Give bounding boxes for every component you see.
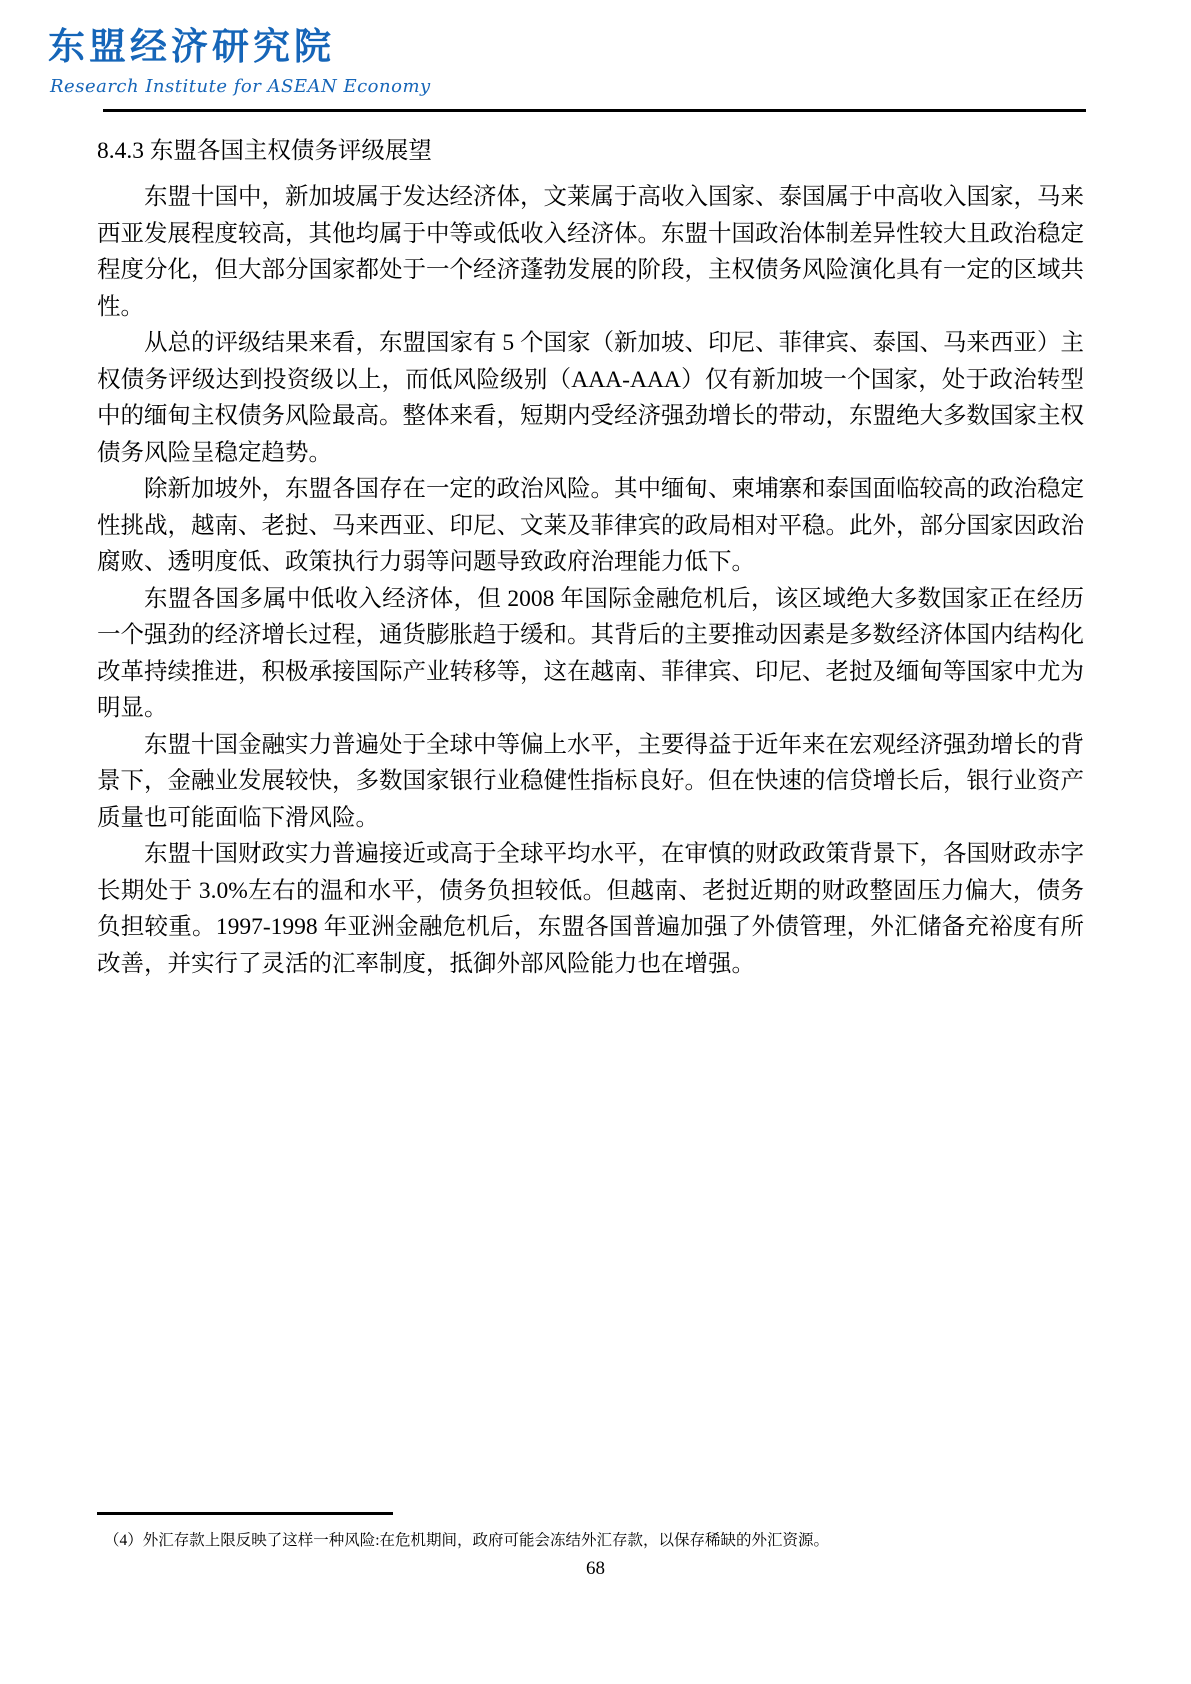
institute-logo-chinese: 东盟经济研究院 <box>48 26 335 67</box>
institute-logo-english: Research Institute for ASEAN Economy <box>50 76 431 97</box>
footnote-separator-rule <box>97 1512 393 1515</box>
page-number: 68 <box>0 1558 1191 1580</box>
body-paragraph-5: 东盟十国金融实力普遍处于全球中等偏上水平，主要得益于近年来在宏观经济强劲增长的背… <box>97 727 1084 837</box>
footnote-text: （4）外汇存款上限反映了这样一种风险:在危机期间，政府可能会冻结外汇存款，以保存… <box>104 1530 1094 1552</box>
document-page: 东盟经济研究院 Research Institute for ASEAN Eco… <box>0 0 1191 1684</box>
body-paragraph-3: 除新加坡外，东盟各国存在一定的政治风险。其中缅甸、柬埔寨和泰国面临较高的政治稳定… <box>97 471 1084 581</box>
body-paragraph-4: 东盟各国多属中低收入经济体，但 2008 年国际金融危机后，该区域绝大多数国家正… <box>97 581 1084 727</box>
body-content: 8.4.3 东盟各国主权债务评级展望 东盟十国中，新加坡属于发达经济体，文莱属于… <box>97 133 1084 982</box>
body-paragraph-1: 东盟十国中，新加坡属于发达经济体，文莱属于高收入国家、泰国属于中高收入国家，马来… <box>97 179 1084 325</box>
body-paragraph-2: 从总的评级结果来看，东盟国家有 5 个国家（新加坡、印尼、菲律宾、泰国、马来西亚… <box>97 325 1084 471</box>
header-divider-rule <box>103 109 1086 112</box>
section-heading: 8.4.3 东盟各国主权债务评级展望 <box>97 133 1084 170</box>
body-paragraph-6: 东盟十国财政实力普遍接近或高于全球平均水平，在审慎的财政政策背景下，各国财政赤字… <box>97 836 1084 982</box>
